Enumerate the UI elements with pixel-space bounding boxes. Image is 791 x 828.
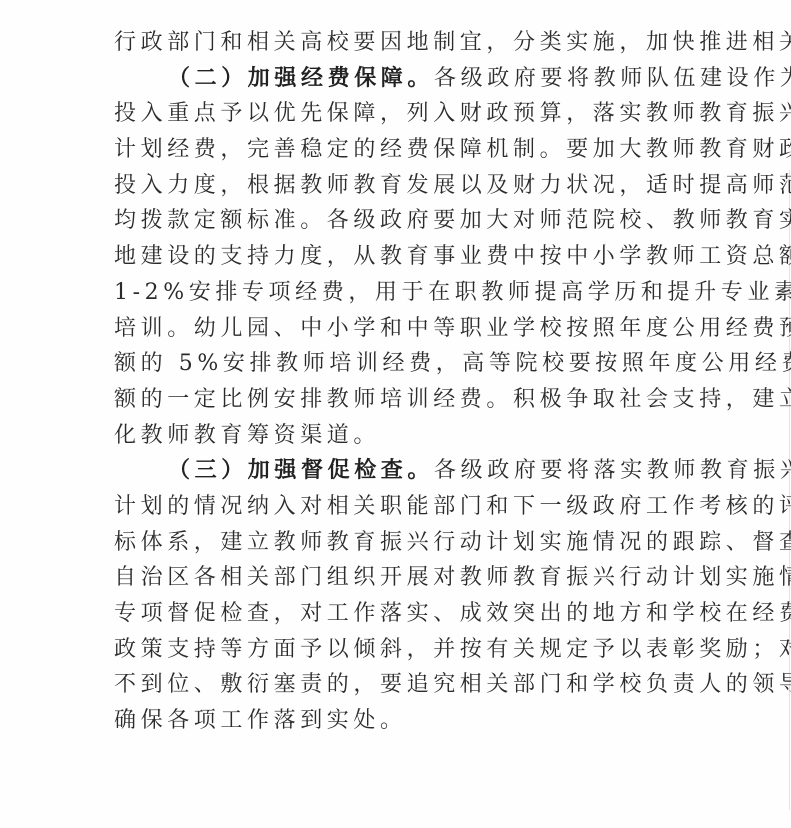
text-line: 不到位、敷衍塞责的，要追究相关部门和学校负责人的领导责任， xyxy=(114,667,706,703)
section-heading-funding: （二）加强经费保障。 xyxy=(168,66,434,91)
text-line: 标体系，建立教师教育振兴行动计划实施情况的跟踪、督查机制。 xyxy=(114,525,706,561)
text-line: 自治区各相关部门组织开展对教师教育振兴行动计划实施情况的 xyxy=(114,560,706,596)
document-body: 行政部门和相关高校要因地制宜，分类实施，加快推进相关工作。 （二）加强经费保障。… xyxy=(114,25,706,739)
text-span: 各级政府要将落实教师教育振兴行动 xyxy=(434,458,791,483)
text-line: 化教师教育筹资渠道。 xyxy=(114,418,706,454)
text-line: 计划的情况纳入对相关职能部门和下一级政府工作考核的评价指 xyxy=(114,489,706,525)
text-line: 计划经费，完善稳定的经费保障机制。要加大教师教育财政经费 xyxy=(114,132,706,168)
document-page: 行政部门和相关高校要因地制宜，分类实施，加快推进相关工作。 （二）加强经费保障。… xyxy=(0,0,791,828)
text-line: 政策支持等方面予以倾斜，并按有关规定予以表彰奖励；对实施 xyxy=(114,632,706,668)
section-heading-line: （三）加强督促检查。各级政府要将落实教师教育振兴行动 xyxy=(114,453,706,489)
text-span: 各级政府要将教师队伍建设作为教育 xyxy=(434,66,791,91)
text-line: 均拨款定额标准。各级政府要加大对师范院校、教师教育实践基 xyxy=(114,203,706,239)
text-line: 额的 5%安排教师培训经费，高等院校要按照年度公用经费预算总 xyxy=(114,346,706,382)
section-heading-line: （二）加强经费保障。各级政府要将教师队伍建设作为教育 xyxy=(114,61,706,97)
text-line: 确保各项工作落到实处。 xyxy=(114,703,706,739)
section-heading-supervision: （三）加强督促检查。 xyxy=(168,458,434,483)
text-line: 专项督促检查，对工作落实、成效突出的地方和学校在经费补助、 xyxy=(114,596,706,632)
text-line: 额的一定比例安排教师培训经费。积极争取社会支持，建立多元 xyxy=(114,382,706,418)
text-line: 培训。幼儿园、中小学和中等职业学校按照年度公用经费预算总 xyxy=(114,311,706,347)
text-line: 地建设的支持力度，从教育事业费中按中小学教师工资总额的 xyxy=(114,239,706,275)
text-line: 投入力度，根据教师教育发展以及财力状况，适时提高师范生生 xyxy=(114,168,706,204)
text-line: 1-2%安排专项经费，用于在职教师提高学历和提升专业素质能力 xyxy=(114,275,706,311)
text-line: 行政部门和相关高校要因地制宜，分类实施，加快推进相关工作。 xyxy=(114,25,706,61)
text-line: 投入重点予以优先保障，列入财政预算，落实教师教育振兴行动 xyxy=(114,96,706,132)
